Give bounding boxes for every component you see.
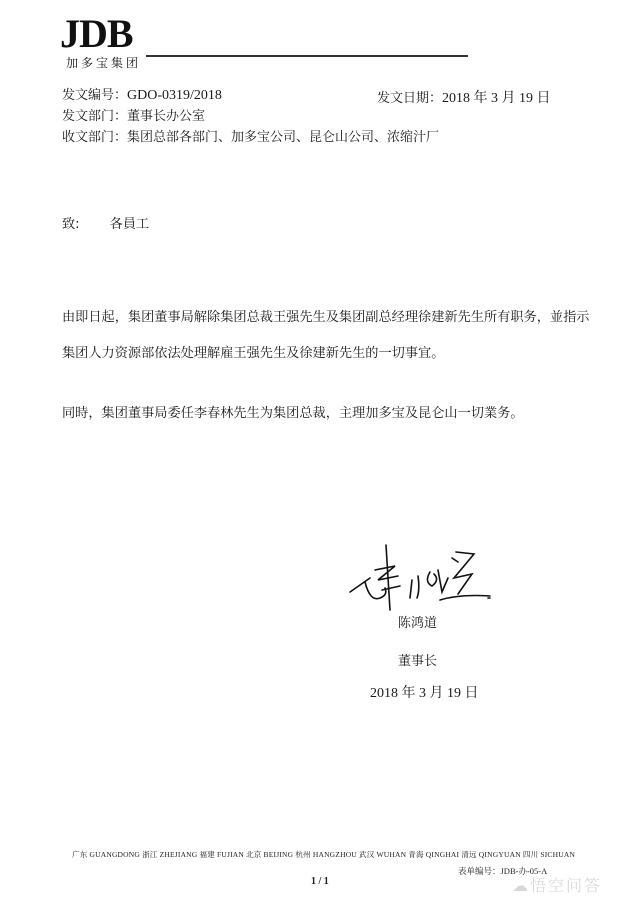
issuer-value: 董事长办公室: [127, 109, 205, 124]
salutation: 致:各員工: [62, 216, 149, 234]
recipients-label: 收文部门：: [62, 130, 127, 145]
doc-number-row: 发文编号：GDO-0319/2018: [62, 87, 222, 105]
page-number: 1 / 1: [311, 876, 329, 887]
signatory-title: 董事长: [398, 650, 437, 669]
watermark-text: 悟空问答: [530, 876, 602, 895]
doc-number-value: GDO-0319/2018: [127, 88, 222, 103]
signature-date: 2018 年 3 月 19 日: [370, 682, 479, 702]
watermark: ☁悟空问答: [512, 873, 602, 896]
footer-cities: 广东 GUANGDONG 浙江 ZHEJIANG 福建 FUJIAN 北京 BE…: [72, 849, 575, 860]
salutation-label: 致:: [62, 217, 80, 232]
issue-date-row: 发文日期：2018 年 3 月 19 日: [377, 87, 551, 107]
issuer-label: 发文部门：: [62, 109, 127, 124]
issue-date-label: 发文日期：: [377, 91, 442, 106]
paragraph-1-line-1: 由即日起，集团董事局解除集团总裁王强先生及集团副总经理徐建新先生所有职务，並指示: [62, 309, 590, 327]
company-logo: JDB 加多宝集团: [60, 14, 141, 71]
recipients-row: 收文部门：集团总部各部门、加多宝公司、昆仑山公司、浓缩汁厂: [62, 129, 439, 147]
signature-image: [340, 540, 510, 619]
issue-date-value: 2018 年 3 月 19 日: [442, 91, 551, 106]
recipients-value: 集团总部各部门、加多宝公司、昆仑山公司、浓缩汁厂: [127, 130, 439, 145]
logo-mark: JDB: [60, 14, 141, 54]
watermark-icon: ☁: [512, 876, 530, 895]
header-rule: [146, 55, 468, 57]
logo-subtitle: 加多宝集团: [66, 54, 141, 71]
salutation-recipient: 各員工: [110, 217, 150, 232]
paragraph-1-line-2: 集团人力资源部依法处理解雇王强先生及徐建新先生的一切事宜。: [62, 345, 444, 363]
paragraph-2: 同時，集团董事局委任李春林先生为集团总裁，主理加多宝及昆仑山一切業务。: [62, 405, 524, 423]
doc-number-label: 发文编号：: [62, 88, 127, 103]
issuer-row: 发文部门：董事长办公室: [62, 108, 205, 126]
signatory-name: 陈鸿道: [398, 612, 437, 631]
